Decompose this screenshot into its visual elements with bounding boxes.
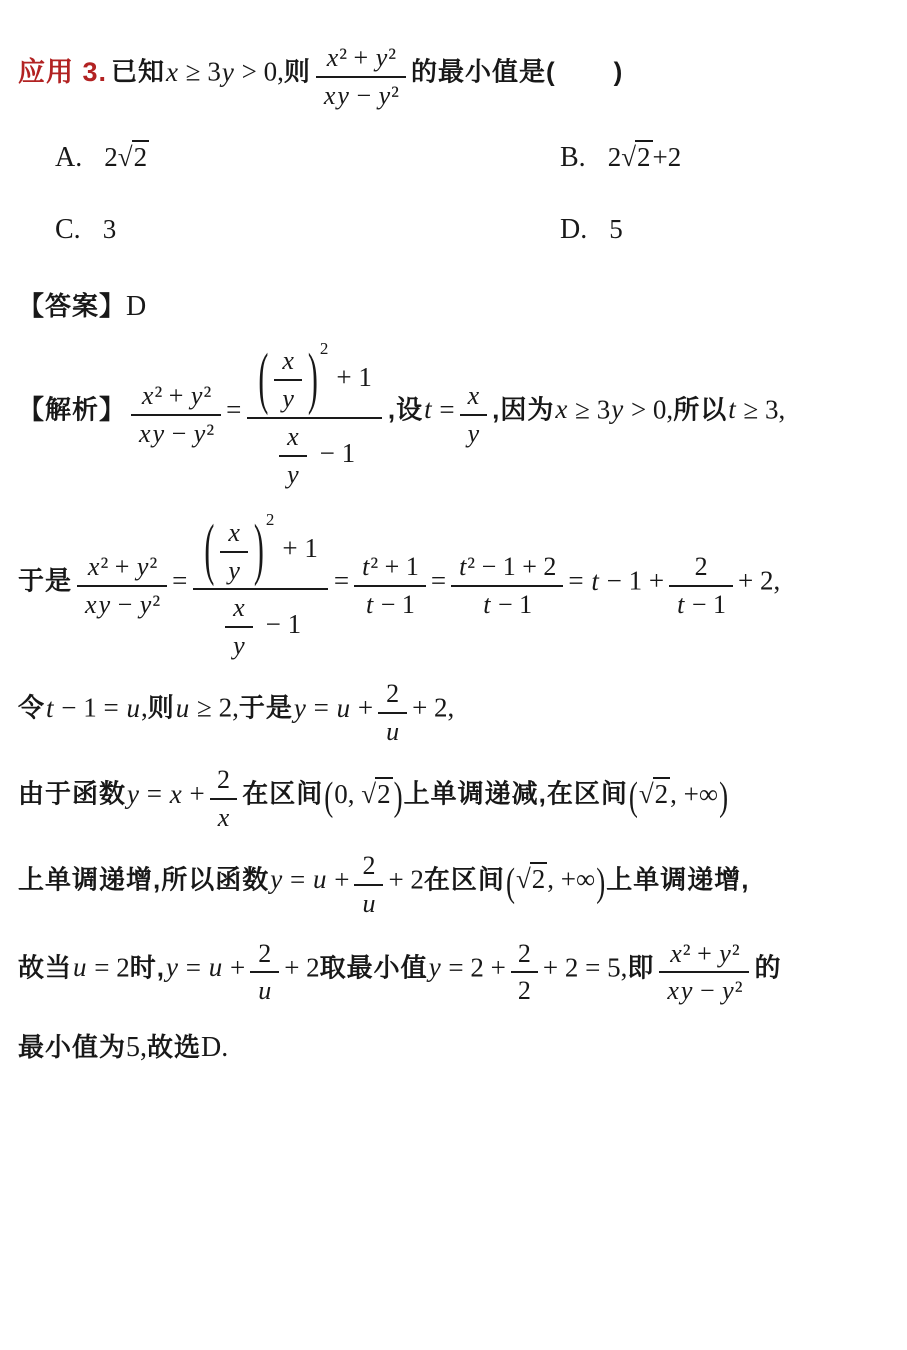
left-paren: (	[257, 340, 269, 419]
problem-condition: x ≥ 3y > 0,	[165, 57, 284, 87]
interval-sqrt2-inf: (√2, +∞)	[505, 864, 606, 894]
option-d: D.5	[560, 214, 887, 246]
fraction-2-over-x: 2x	[210, 764, 238, 834]
problem-close-paren: )	[614, 57, 624, 87]
fraction-2-over-u: 2u	[378, 678, 407, 748]
analysis-line-4: 由于函数y = x +2x在区间(0, √2)上单调递减,在区间(√2, +∞)	[18, 764, 887, 834]
so-text: 所以	[673, 394, 727, 424]
fraction-x-over-y: xy	[274, 345, 302, 415]
target-fraction: x² + y²xy − y²	[316, 42, 406, 112]
problem-tail-text: 的最小值是(	[411, 57, 556, 87]
interval-0-sqrt2: (0, √2)	[323, 779, 403, 809]
increasing-so-text: 上单调递增,所以函数	[18, 864, 269, 894]
analysis-label: 【解析】	[18, 394, 126, 424]
so-when-text: 故当	[18, 952, 72, 982]
left-paren: (	[203, 512, 215, 591]
choose-text: 故选	[147, 1032, 201, 1062]
plus-2: + 2	[388, 864, 423, 894]
fraction-xy2: x² + y²xy − y²	[77, 551, 167, 621]
equals-sign: =	[172, 566, 187, 596]
interval-text: 在区间	[242, 779, 323, 809]
analysis-line-7: 最小值为5,故选D.	[18, 1027, 887, 1064]
fraction-x-over-y: xy	[460, 380, 488, 450]
y-equals-u-plus: y = u +	[165, 952, 245, 982]
y-equals: y = u +	[293, 693, 373, 723]
squared-exponent: 2	[266, 510, 275, 529]
right-paren: )	[253, 512, 265, 591]
analysis-line-6: 故当u = 2时,y = u +2u+ 2取最小值y = 2 +22+ 2 = …	[18, 938, 887, 1008]
option-c-label: C.	[55, 214, 81, 245]
right-paren: )	[307, 340, 319, 419]
option-b-label: B.	[560, 142, 586, 173]
equals-sign: =	[431, 566, 446, 596]
options-row-2: C.3 D.5	[55, 214, 887, 246]
fraction-x-over-y: xy	[220, 517, 248, 587]
options-row-1: A.2√2 B.2√2+2	[55, 142, 887, 174]
tail-end: + 2,	[738, 566, 780, 596]
equals-sign: =	[334, 566, 349, 596]
interval-text: 在区间	[424, 864, 505, 894]
answer-line: 【答案】D	[18, 286, 887, 323]
fraction-2-over-t1: 2t − 1	[669, 551, 733, 621]
min-value-is-text: 最小值为	[18, 1032, 126, 1062]
answer-value: D	[126, 291, 146, 322]
thus-text: 于是	[239, 693, 293, 723]
option-a-label: A.	[55, 142, 82, 173]
interval-sqrt2-inf: (√2, +∞)	[628, 779, 729, 809]
t-geq-3: t ≥ 3,	[727, 394, 785, 424]
since-function-text: 由于函数	[18, 779, 126, 809]
minus-one: − 1	[266, 609, 301, 639]
fraction-xy2: x² + y²xy − y²	[659, 938, 749, 1008]
let-text: 令	[18, 693, 45, 723]
fraction-t21: t² + 1t − 1	[354, 551, 426, 621]
minus-one: − 1	[320, 438, 355, 468]
problem-number-tag: 应用 3.	[18, 57, 107, 87]
increasing-text: 上单调递增,	[606, 864, 749, 894]
time-text: 时,	[130, 952, 165, 982]
of-text: 的	[754, 952, 781, 982]
plus-2: + 2,	[412, 693, 454, 723]
condition-repeat: x ≥ 3y > 0,	[554, 394, 673, 424]
substitution: t − 1 = u,	[45, 693, 148, 723]
u-equals-2: u = 2	[72, 952, 130, 982]
compound-fraction: (xy)2+ 1xy− 1	[247, 337, 382, 493]
equals-sign: =	[226, 394, 241, 424]
compound-fraction: (xy)2+ 1xy− 1	[193, 508, 328, 664]
y-equals-u-plus: y = u +	[269, 864, 349, 894]
u-geq-2: u ≥ 2,	[175, 693, 239, 723]
fraction-2-over-u: 2u	[354, 850, 383, 920]
plus-one: + 1	[282, 533, 317, 563]
fraction-xy2: x² + y²xy − y²	[131, 380, 221, 450]
analysis-line-5: 上单调递增,所以函数y = u +2u+ 2在区间(√2, +∞)上单调递增,	[18, 850, 887, 920]
decreasing-text: 上单调递减,在区间	[404, 779, 628, 809]
option-c-value: 3	[103, 214, 117, 244]
fraction-2-over-u: 2u	[250, 938, 279, 1008]
analysis-line-3: 令t − 1 = u,则u ≥ 2,于是y = u +2u+ 2,	[18, 678, 887, 748]
equals-5: + 2 = 5,	[543, 952, 627, 982]
choice-d: D.	[201, 1032, 228, 1063]
y-equals-2-plus: y = 2 +	[428, 952, 506, 982]
problem-then-text: 则	[284, 57, 311, 87]
squared-exponent: 2	[320, 339, 329, 358]
y-equals-x-plus: y = x +	[126, 779, 205, 809]
option-a: A.2√2	[55, 142, 560, 174]
option-a-value: 2√2	[104, 142, 149, 172]
namely-text: 即	[627, 952, 654, 982]
then-text: 则	[148, 693, 175, 723]
fraction-numerator: x² + y²	[316, 42, 406, 78]
analysis-line-2: 于是x² + y²xy − y²=(xy)2+ 1xy− 1=t² + 1t −…	[18, 508, 887, 664]
fraction-2-over-2: 22	[511, 938, 538, 1008]
because-text: ,因为	[492, 394, 554, 424]
option-d-label: D.	[560, 214, 587, 245]
worksheet-page: 应用 3.已知x ≥ 3y > 0,则x² + y²xy − y²的最小值是()…	[0, 0, 907, 1064]
fraction-x-over-y: xy	[279, 421, 307, 491]
problem-lead-text: 已知	[111, 57, 165, 87]
fraction-x-over-y: xy	[225, 592, 253, 662]
options-list: A.2√2 B.2√2+2 C.3 D.5	[55, 142, 887, 246]
t-equals: t =	[423, 394, 455, 424]
plus-2: + 2	[284, 952, 319, 982]
option-b: B.2√2+2	[560, 142, 887, 174]
she-text: ,设	[388, 394, 423, 424]
option-d-value: 5	[609, 214, 623, 244]
value-5: 5,	[126, 1032, 147, 1063]
option-c: C.3	[55, 214, 560, 246]
plus-one: + 1	[336, 362, 371, 392]
problem-statement: 应用 3.已知x ≥ 3y > 0,则x² + y²xy − y²的最小值是()	[18, 42, 887, 112]
fraction-t212: t² − 1 + 2t − 1	[451, 551, 563, 621]
analysis-line-1: 【解析】x² + y²xy − y²=(xy)2+ 1xy− 1,设t =xy,…	[18, 337, 887, 493]
option-b-value: 2√2+2	[608, 142, 682, 172]
min-value-text: 取最小值	[320, 952, 428, 982]
tail-head: = t − 1 +	[568, 566, 664, 596]
answer-label: 【答案】	[18, 291, 126, 321]
thus-text: 于是	[18, 566, 72, 596]
fraction-denominator: xy − y²	[316, 78, 406, 112]
